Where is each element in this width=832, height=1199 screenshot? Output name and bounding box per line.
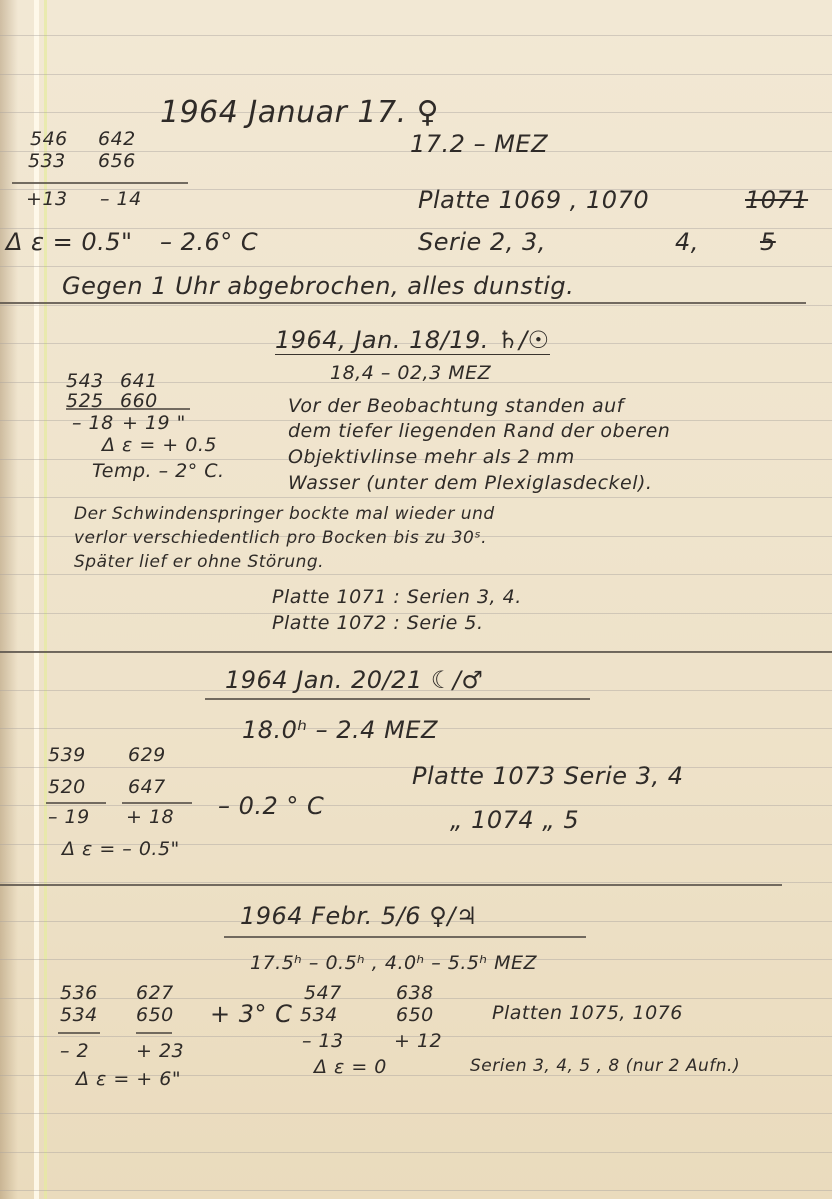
entry-date: 1964, Jan. 18/19. ♄/☉ [275,326,550,355]
note-line-3: Später lief er ohne Störung. [74,552,324,572]
delta-epsilon: Δ ε = + 0.5 [102,434,217,456]
temperature: + 3° C [210,1000,292,1028]
diff-c: – 13 [302,1030,344,1052]
plate-line-1: Platte 1073 Serie 3, 4 [412,762,684,790]
delta-epsilon: Δ ε = 0.5" [6,228,133,256]
remark-line-3: Objektivlinse mehr als 2 mm [288,446,575,468]
diff-a: +13 [26,188,68,210]
diff-b: + 23 [136,1040,184,1062]
reading-b1: 629 [128,744,166,766]
entry-note: Gegen 1 Uhr abgebrochen, alles dunstig. [62,272,574,300]
page-margin-line [44,0,47,1199]
reading-b1: 627 [136,982,174,1004]
diff-b: + 18 [126,806,174,828]
ruled-line [0,1152,832,1153]
date-underline [205,698,590,700]
entry-date: 1964 Febr. 5/6 ♀/♃ [240,902,478,930]
reading-a1: 543 [66,370,104,392]
reading-b1: 642 [98,128,136,150]
series: Serie 2, 3, [418,228,546,256]
reading-c2: 534 [300,1004,338,1026]
reading-a2: 534 [60,1004,98,1026]
date-underline [224,936,586,938]
reading-a1: 539 [48,744,86,766]
entry-time: 18,4 – 02,3 MEZ [330,362,491,384]
note-line-1: Der Schwindenspringer bockte mal wieder … [74,504,495,524]
ruled-line [0,35,832,36]
ruled-line [0,305,832,306]
sum-line [12,182,188,184]
ruled-line [0,805,832,806]
diff-b: – 14 [100,188,142,210]
ruled-line [0,1190,832,1191]
entry-separator [0,651,832,653]
plate-struck: 1071 [745,186,808,214]
diff-a: – 19 [48,806,90,828]
remark-line-4: Wasser (unter dem Plexiglasdeckel). [288,472,652,494]
sum-line-b [136,1032,172,1034]
series: Serien 3, 4, 5 , 8 (nur 2 Aufn.) [470,1056,740,1076]
reading-d1: 638 [396,982,434,1004]
reading-d2: 650 [396,1004,434,1026]
delta-epsilon-b: Δ ε = 0 [314,1056,387,1078]
entry-time: 17.2 – MEZ [410,130,548,158]
entry-time: 18.0ʰ – 2.4 MEZ [242,716,438,744]
entry-time: 17.5ʰ – 0.5ʰ , 4.0ʰ – 5.5ʰ MEZ [250,952,537,974]
note-line-2: verlor verschiedentlich pro Bocken bis z… [74,528,487,548]
reading-b2: 647 [128,776,166,798]
plate-line-2: Platte 1072 : Serie 5. [272,612,484,634]
page-margin-highlight [34,0,39,1199]
ruled-line [0,266,832,267]
temperature: – 2.6° C [160,228,258,256]
reading-a2: 520 [48,776,86,798]
remark-line-2: dem tiefer liegenden Rand der oberen [288,420,670,442]
sum-line [66,408,190,410]
reading-b2: 656 [98,150,136,172]
plates: Platten 1075, 1076 [492,1002,683,1024]
reading-c1: 547 [304,982,342,1004]
reading-b1: 641 [120,370,158,392]
diff-a: – 2 [60,1040,89,1062]
ruled-line [0,882,832,883]
temperature: Temp. – 2° C. [92,460,225,482]
plate-line-2: „ 1074 „ 5 [450,806,579,834]
series-extra: 4, [675,228,699,256]
remark-line-1: Vor der Beobachtung standen auf [288,395,624,417]
diff-b: + 19 " [122,412,186,434]
series-struck: 5 [760,228,776,256]
sum-line-a [58,1032,100,1034]
ruled-line [0,74,832,75]
entry-separator [0,302,806,304]
ruled-line [0,1113,832,1114]
delta-epsilon: Δ ε = – 0.5" [62,838,180,860]
reading-a1: 536 [60,982,98,1004]
entry-date: 1964 Jan. 20/21 ☾/♂ [225,666,483,694]
entry-date: 1964 Januar 17. ♀ [160,95,439,130]
diff-d: + 12 [394,1030,442,1052]
reading-b2: 650 [136,1004,174,1026]
ruled-line [0,497,832,498]
sum-line-b [122,802,192,804]
sum-line-a [46,802,106,804]
diff-a: – 18 [72,412,114,434]
entry-separator [0,884,782,886]
plates: Platte 1069 , 1070 [418,186,649,214]
reading-a1: 546 [30,128,68,150]
temperature: – 0.2 ° C [218,792,324,820]
ruled-line [0,574,832,575]
plate-line-1: Platte 1071 : Serien 3, 4. [272,586,522,608]
reading-a2: 533 [28,150,66,172]
delta-epsilon-a: Δ ε = + 6" [76,1068,181,1090]
